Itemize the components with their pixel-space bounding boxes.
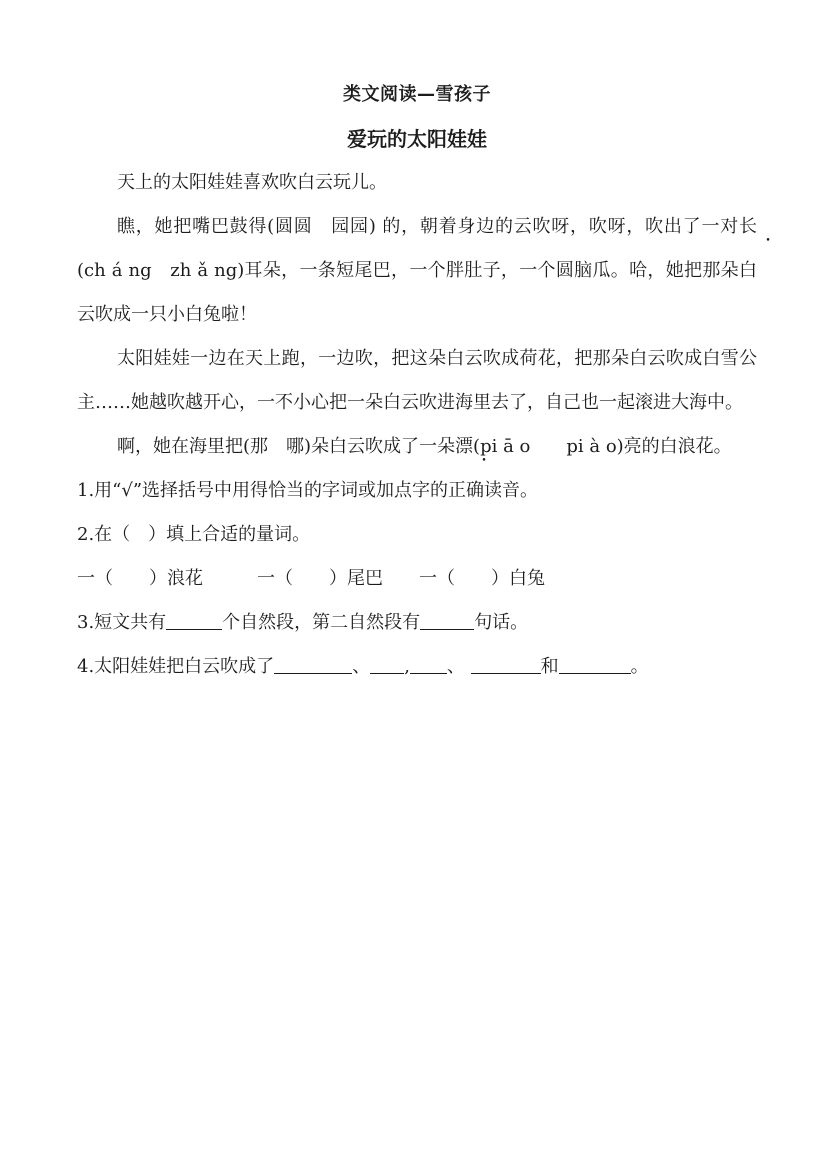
text-run: 啊，她在海里把(那 哪)朵白云吹成了一朵 — [117, 436, 455, 457]
story-paragraph-3: 太阳娃娃一边在天上跑，一边吹，把这朵白云吹成荷花，把那朵白云吹成白雪公主……她越… — [77, 337, 757, 425]
answer-blank — [166, 615, 222, 630]
text-run: 天上的太阳娃娃喜欢吹白云玩儿。 — [117, 172, 387, 193]
text-run: 3.短文共有 — [77, 612, 166, 633]
passage-title: 爱玩的太阳娃娃 — [77, 117, 757, 161]
text-run: (ch á ng zh ǎ ng)耳朵，一条短尾巴，一个胖肚子，一个圆脑瓜。哈，… — [77, 260, 757, 325]
story-paragraph-4: 啊，她在海里把(那 哪)朵白云吹成了一朵漂(pi ā o pi à o)亮的白浪… — [77, 425, 757, 469]
answer-blank — [471, 659, 541, 674]
question-1: 1.用“√”选择括号中用得恰当的字词或加点字的正确读音。 — [77, 469, 757, 513]
text-run: 、 — [352, 656, 370, 677]
question-4: 4.太阳娃娃把白云吹成了、,、 和。 — [77, 645, 757, 689]
question-2-options: 一（ ）浪花 一（ ）尾巴 一（ ）白兔 — [77, 557, 757, 601]
text-run: 2.在（ ）填上合适的量词。 — [77, 524, 310, 545]
document-title: 类文阅读—雪孩子 — [77, 73, 757, 117]
text-run: 。 — [631, 656, 649, 677]
text-run: 4.太阳娃娃把白云吹成了 — [77, 656, 274, 677]
text-run: 太阳娃娃一边在天上跑，一边吹，把这朵白云吹成荷花，把那朵白云吹成白雪公主……她越… — [77, 348, 757, 413]
text-run: 句话。 — [474, 612, 528, 633]
emphasized-char: 长 — [739, 216, 757, 237]
question-3: 3.短文共有个自然段，第二自然段有句话。 — [77, 601, 757, 645]
question-2: 2.在（ ）填上合适的量词。 — [77, 513, 757, 557]
worksheet-page: 类文阅读—雪孩子 爱玩的太阳娃娃 天上的太阳娃娃喜欢吹白云玩儿。 瞧，她把嘴巴鼓… — [0, 0, 827, 1169]
text-run: 、 — [447, 656, 471, 677]
answer-blank — [559, 659, 631, 674]
questions-section: 1.用“√”选择括号中用得恰当的字词或加点字的正确读音。 2.在（ ）填上合适的… — [77, 469, 757, 689]
passage-body: 天上的太阳娃娃喜欢吹白云玩儿。 瞧，她把嘴巴鼓得(圆圆 园园) 的，朝着身边的云… — [77, 161, 757, 469]
answer-blank — [420, 615, 474, 630]
text-run: 个自然段，第二自然段有 — [222, 612, 420, 633]
text-run: (pi ā o pi à o)亮的白浪花。 — [473, 436, 732, 457]
answer-blank — [410, 659, 447, 674]
emphasized-char: 漂 — [455, 436, 473, 457]
answer-blank — [370, 659, 404, 674]
text-run: 瞧，她把嘴巴鼓得(圆圆 园园) 的，朝着身边的云吹呀，吹呀，吹出了一对 — [117, 216, 739, 237]
story-paragraph-2: 瞧，她把嘴巴鼓得(圆圆 园园) 的，朝着身边的云吹呀，吹呀，吹出了一对长(ch … — [77, 205, 757, 337]
text-run: 1.用“√”选择括号中用得恰当的字词或加点字的正确读音。 — [77, 480, 538, 501]
text-run: 和 — [541, 656, 559, 677]
story-paragraph-1: 天上的太阳娃娃喜欢吹白云玩儿。 — [77, 161, 757, 205]
answer-blank — [274, 659, 352, 674]
text-run: 一（ ）浪花 一（ ）尾巴 一（ ）白兔 — [77, 568, 545, 589]
